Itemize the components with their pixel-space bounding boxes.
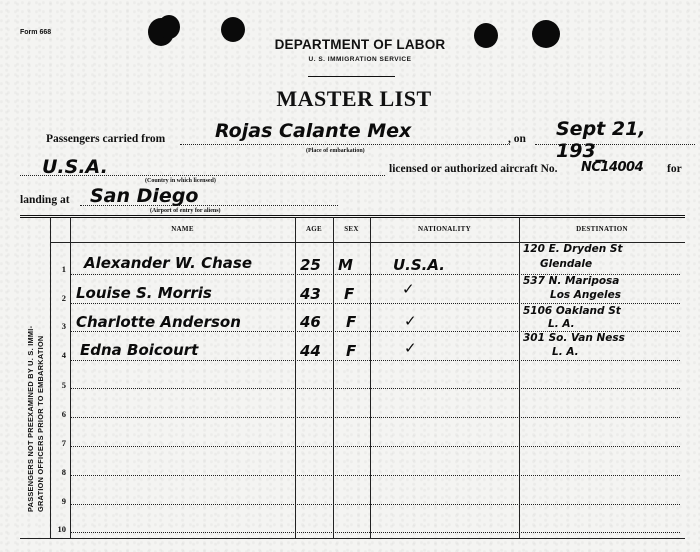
carried-from-label: Passengers carried from	[46, 133, 165, 145]
landing-caption: (Airport of entry for aliens)	[150, 208, 221, 214]
side-note-line1: PASSENGERS NOT PREEXAMINED BY U. S. IMMI…	[26, 326, 36, 512]
col-divider-margin	[50, 217, 51, 538]
column-header-age: AGE	[295, 225, 333, 233]
row3-destination-line2[interactable]: L. A.	[548, 318, 575, 330]
form-number: Form 668	[20, 29, 51, 36]
row-number-6: 6	[52, 409, 66, 419]
row-line-5	[70, 388, 680, 389]
row2-name[interactable]: Louise S. Morris	[76, 284, 212, 302]
row1-destination-line2[interactable]: Glendale	[540, 258, 592, 270]
embarkation-value[interactable]: Rojas Calante Mex	[215, 120, 411, 142]
column-header-destination: DESTINATION	[519, 225, 685, 233]
row-number-9: 9	[52, 496, 66, 506]
row1-name[interactable]: Alexander W. Chase	[84, 254, 252, 272]
country-caption: (Country in which licensed)	[145, 178, 216, 184]
row3-destination-line1[interactable]: 5106 Oakland St	[523, 305, 621, 317]
row4-age[interactable]: 44	[300, 342, 321, 360]
row3-sex[interactable]: F	[346, 313, 356, 331]
row-line-2	[70, 303, 680, 304]
row2-nationality[interactable]: ✓	[402, 280, 415, 298]
page-title: MASTER LIST	[0, 86, 700, 112]
row-line-7	[70, 446, 680, 447]
for-label: for	[667, 163, 682, 175]
row3-name[interactable]: Charlotte Anderson	[76, 313, 241, 331]
row4-nationality[interactable]: ✓	[404, 339, 417, 357]
column-header-name: NAME	[70, 225, 295, 233]
column-header-sex: SEX	[333, 225, 370, 233]
table-top-border	[20, 215, 685, 218]
row-number-3: 3	[52, 321, 66, 331]
row2-destination-line2[interactable]: Los Angeles	[550, 289, 621, 301]
row-line-10	[70, 532, 680, 533]
row-line-4	[70, 360, 680, 361]
col-divider-name	[295, 217, 296, 538]
row2-age[interactable]: 43	[300, 285, 321, 303]
row4-sex[interactable]: F	[346, 342, 356, 360]
row3-nationality[interactable]: ✓	[404, 312, 417, 330]
row-line-8	[70, 475, 680, 476]
aircraft-label: licensed or authorized aircraft No.	[389, 163, 558, 175]
row2-destination-line1[interactable]: 537 N. Mariposa	[523, 275, 619, 287]
service-subheading: U. S. IMMIGRATION SERVICE	[0, 56, 700, 63]
row-number-5: 5	[52, 380, 66, 390]
landing-label: landing at	[20, 194, 70, 206]
row1-nationality[interactable]: U.S.A.	[393, 256, 445, 274]
row1-destination-line1[interactable]: 120 E. Dryden St	[523, 243, 622, 255]
row-number-8: 8	[52, 467, 66, 477]
row-number-7: 7	[52, 438, 66, 448]
row4-name[interactable]: Edna Boicourt	[80, 341, 198, 359]
row-number-1: 1	[52, 264, 66, 274]
row2-sex[interactable]: F	[344, 285, 354, 303]
row-line-9	[70, 504, 680, 505]
row-number-2: 2	[52, 293, 66, 303]
embarkation-caption: (Place of embarkation)	[306, 148, 365, 154]
document-page: Form 668 DEPARTMENT OF LABOR U. S. IMMIG…	[0, 0, 700, 552]
side-note: PASSENGERS NOT PREEXAMINED BY U. S. IMMI…	[26, 326, 45, 512]
row-number-4: 4	[52, 350, 66, 360]
row1-age[interactable]: 25	[300, 256, 321, 274]
punch-hole-1b	[158, 15, 180, 39]
country-licensed-value[interactable]: U.S.A.	[42, 156, 108, 178]
row1-sex[interactable]: M	[338, 256, 353, 274]
on-label: , on	[508, 133, 526, 145]
row-line-6	[70, 417, 680, 418]
department-heading: DEPARTMENT OF LABOR	[0, 37, 700, 52]
row-number-10: 10	[52, 524, 66, 534]
col-divider-sex	[370, 217, 371, 538]
col-divider-age	[333, 217, 334, 538]
aircraft-number-value[interactable]: NC14004	[581, 160, 643, 175]
row3-age[interactable]: 46	[300, 313, 321, 331]
col-divider-rownum	[70, 217, 71, 538]
col-divider-nationality	[519, 217, 520, 538]
table-bottom-border	[20, 538, 685, 539]
embarkation-field-line	[180, 144, 510, 145]
column-header-nationality: NATIONALITY	[370, 225, 519, 233]
landing-place-value[interactable]: San Diego	[90, 185, 198, 207]
row4-destination-line1[interactable]: 301 So. Van Ness	[523, 332, 625, 344]
header-divider	[308, 76, 395, 77]
side-note-line2: GRATION OFFICERS PRIOR TO EMBARKATION	[36, 326, 46, 512]
row4-destination-line2[interactable]: L. A.	[552, 346, 579, 358]
date-value[interactable]: Sept 21, 193_	[556, 118, 700, 162]
